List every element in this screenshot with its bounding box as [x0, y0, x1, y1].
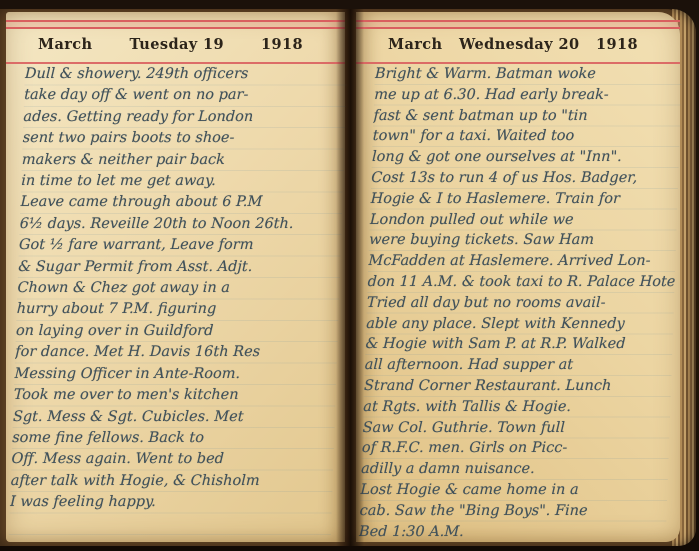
diary-line: were buying tickets. Saw Ham: [369, 230, 677, 251]
diary-line: 6½ days. Reveille 20th to Noon 26th.: [19, 214, 342, 235]
handwritten-entry-left: Dull & showery. 249th officers take day …: [9, 64, 348, 539]
header-day: Wednesday 20: [459, 36, 579, 53]
diary-line: & Hogie with Sam P. at R.P. Walked: [365, 334, 673, 355]
diary-line: at Rgts. with Tallis & Hogie.: [363, 397, 671, 418]
diary-line: after talk with Hogie, & Chisholm: [10, 471, 333, 492]
diary-line: Dull & showery. 249th officers: [25, 64, 348, 85]
diary-line: on laying over in Guildford: [16, 321, 339, 342]
header-month: March: [388, 36, 442, 53]
diary-line: able any place. Slept with Kennedy: [366, 314, 674, 335]
diary-page-left: March Tuesday 19 1918 Dull & showery. 24…: [6, 12, 345, 542]
header-day: Tuesday 19: [129, 36, 224, 53]
diary-line: Lost Hogie & came home in a: [360, 480, 668, 501]
diary-line: Sgt. Mess & Sgt. Cubicles. Met: [13, 407, 336, 428]
red-rule-top: [6, 20, 345, 29]
diary-line: Bed 1:30 A.M.: [359, 522, 667, 539]
header-year: 1918: [261, 36, 303, 53]
header-row: March Wednesday 20 1918: [356, 36, 680, 53]
diary-page-right: March Wednesday 20 1918 Bright & Warm. B…: [356, 12, 680, 542]
diary-line: for dance. Met H. Davis 16th Res: [15, 342, 338, 363]
red-rule-top: [356, 20, 680, 29]
header-month: March: [38, 36, 92, 53]
diary-line: Off. Mess again. Went to bed: [11, 449, 334, 470]
header-row: March Tuesday 19 1918: [6, 36, 345, 53]
handwritten-entry-right: Bright & Warm. Batman woke me up at 6.30…: [359, 64, 683, 539]
diary-line: Tried all day but no rooms avail-: [367, 293, 675, 314]
diary-line: fast & sent batman up to "tin: [373, 106, 681, 127]
diary-line: some fine fellows. Back to: [12, 428, 335, 449]
diary-line: in time to let me get away.: [21, 171, 344, 192]
diary-line: town" for a taxi. Waited too: [372, 126, 680, 147]
diary-line: cab. Saw the "Bing Boys". Fine: [359, 501, 667, 522]
diary-line: sent two pairs boots to shoe-: [22, 128, 345, 149]
diary-line: makers & neither pair back: [22, 150, 345, 171]
diary-photo: March Tuesday 19 1918 Dull & showery. 24…: [0, 0, 699, 551]
diary-line: all afternoon. Had supper at: [364, 355, 672, 376]
diary-line: of R.F.C. men. Girls on Picc-: [361, 438, 669, 459]
diary-line: Took me over to men's kitchen: [13, 385, 336, 406]
diary-line: London pulled out while we: [369, 210, 677, 231]
diary-line: Strand Corner Restaurant. Lunch: [364, 376, 672, 397]
diary-line: Cost 13s to run 4 of us Hos. Badger,: [371, 168, 679, 189]
diary-line: McFadden at Haslemere. Arrived Lon-: [368, 251, 676, 272]
diary-line: Hogie & I to Haslemere. Train for: [370, 189, 678, 210]
diary-line: me up at 6.30. Had early break-: [374, 85, 682, 106]
diary-line: Messing Officer in Ante-Room.: [14, 364, 337, 385]
diary-line: Bright & Warm. Batman woke: [375, 64, 683, 85]
diary-line: Chown & Chez got away in a: [17, 278, 340, 299]
diary-line: I was feeling happy.: [10, 492, 333, 513]
diary-line: Got ½ fare warrant, Leave form: [19, 235, 342, 256]
diary-line: ades. Getting ready for London: [23, 107, 346, 128]
diary-line: adilly a damn nuisance.: [361, 459, 669, 480]
diary-line: Saw Col. Guthrie. Town full: [362, 418, 670, 439]
page-header-right: March Wednesday 20 1918: [356, 18, 680, 64]
page-header-left: March Tuesday 19 1918: [6, 18, 345, 64]
diary-line: long & got one ourselves at "Inn".: [372, 147, 680, 168]
diary-line: & Sugar Permit from Asst. Adjt.: [18, 257, 341, 278]
header-year: 1918: [596, 36, 638, 53]
diary-line: take day off & went on no par-: [24, 85, 347, 106]
diary-line: don 11 A.M. & took taxi to R. Palace Hot…: [367, 272, 675, 293]
diary-line: hurry about 7 P.M. figuring: [16, 299, 339, 320]
diary-line: Leave came through about 6 P.M: [20, 192, 343, 213]
